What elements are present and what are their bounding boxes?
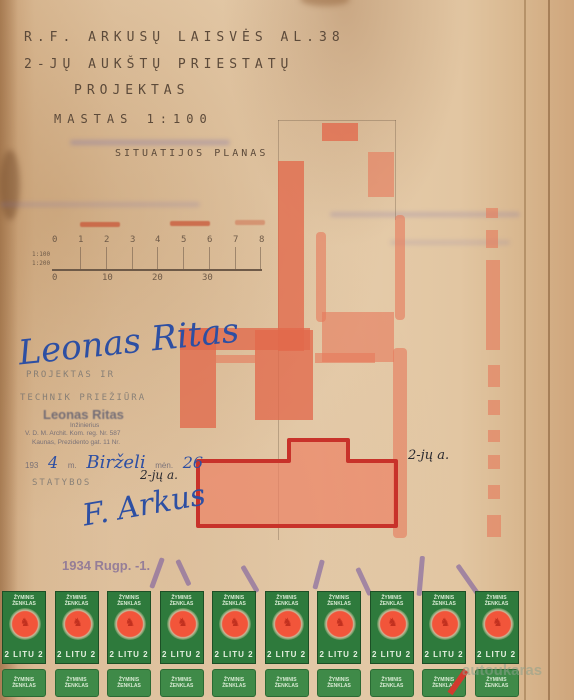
boundary-dash	[487, 515, 501, 537]
stain	[300, 0, 350, 6]
fold-line	[524, 0, 526, 700]
title-line-3: PROJEKTAS	[74, 83, 189, 98]
stamp-lower-label: ŽYMINIS ŽENKLAS	[108, 677, 150, 689]
stamp-upper: ŽYMINIS ŽENKLAS♞2 LITU 2	[475, 591, 519, 664]
scale-side-label: 1:200	[32, 259, 50, 268]
boundary-dash	[488, 455, 500, 469]
stamp-upper: ŽYMINIS ŽENKLAS♞2 LITU 2	[107, 591, 151, 664]
stamp-value: 2 LITU 2	[476, 650, 518, 659]
stamp-lower: ŽYMINIS ŽENKLAS	[370, 669, 414, 697]
new-building-outline	[196, 438, 398, 528]
vytis-emblem-icon: ♞	[114, 608, 146, 640]
stamp-upper: ŽYMINIS ŽENKLAS♞2 LITU 2	[160, 591, 204, 664]
stamp-role: PROJEKTAS IR	[26, 370, 115, 380]
scale-line	[52, 269, 262, 271]
stamp-lower: ŽYMINIS ŽENKLAS	[2, 669, 46, 697]
date-day: 26	[183, 453, 203, 472]
title-line-2: 2-JŲ AUKŠTŲ PRIESTATŲ	[24, 57, 293, 72]
stamp-signer-label: STATYBOS	[32, 478, 91, 488]
stamp-value: 2 LITU 2	[213, 650, 255, 659]
stamp-upper-label: ŽYMINIS ŽENKLAS	[423, 595, 465, 607]
stamp-upper-label: ŽYMINIS ŽENKLAS	[476, 595, 518, 607]
vytis-emblem-icon: ♞	[9, 608, 41, 640]
scale-tick: 5	[181, 235, 186, 245]
date-year: 4	[48, 453, 58, 472]
date-month: Birželi	[86, 452, 145, 473]
stamp-lower: ŽYMINIS ŽENKLAS	[212, 669, 256, 697]
stamp-upper-label: ŽYMINIS ŽENKLAS	[266, 595, 308, 607]
stamp-lower-label: ŽYMINIS ŽENKLAS	[371, 677, 413, 689]
scale-tick: 6	[207, 235, 212, 245]
stamp-upper-label: ŽYMINIS ŽENKLAS	[213, 595, 255, 607]
stamp-upper-label: ŽYMINIS ŽENKLAS	[3, 595, 45, 607]
stamp-value: 2 LITU 2	[161, 650, 203, 659]
revenue-stamps-strip: ŽYMINIS ŽENKLAS♞2 LITU 2ŽYMINIS ŽENKLASŽ…	[0, 591, 520, 700]
drawing-sheet: R.F. ARKUSŲ LAISVĖS AL.38 2-JŲ AUKŠTŲ PR…	[0, 0, 574, 700]
boundary-dash	[486, 260, 500, 350]
scale-tick: 30	[202, 273, 213, 283]
fold-line	[548, 0, 550, 700]
stamp-lower-label: ŽYMINIS ŽENKLAS	[318, 677, 360, 689]
stamp-upper-label: ŽYMINIS ŽENKLAS	[108, 595, 150, 607]
stain	[0, 150, 20, 220]
scale-tick: 8	[259, 235, 264, 245]
title-line-1: R.F. ARKUSŲ LAISVĖS AL.38	[24, 30, 345, 45]
storey-note-left: 2-jų a.	[140, 468, 178, 482]
vytis-emblem-icon: ♞	[272, 608, 304, 640]
boundary-dash	[488, 365, 500, 387]
vytis-emblem-icon: ♞	[429, 608, 461, 640]
watermark: autoukaras	[462, 665, 542, 677]
red-smear	[80, 222, 120, 227]
vytis-emblem-icon: ♞	[219, 608, 251, 640]
stamp-upper: ŽYMINIS ŽENKLAS♞2 LITU 2	[370, 591, 414, 664]
scale-tick: 3	[130, 235, 135, 245]
existing-building	[315, 353, 375, 363]
stamp-value: 2 LITU 2	[266, 650, 308, 659]
stamp-upper: ŽYMINIS ŽENKLAS♞2 LITU 2	[422, 591, 466, 664]
boundary-dash	[488, 485, 500, 499]
stamp-upper: ŽYMINIS ŽENKLAS♞2 LITU 2	[265, 591, 309, 664]
stamp-upper: ŽYMINIS ŽENKLAS♞2 LITU 2	[55, 591, 99, 664]
scale-bar: 0 1 2 3 4 5 6 7 8 0 10 20 30	[52, 235, 262, 285]
stamp-lower-label: ŽYMINIS ŽENKLAS	[266, 677, 308, 689]
scale-side-labels: 1:100 1:200	[32, 250, 50, 268]
approval-date-stamp: 1934 Rugp. -1.	[62, 558, 150, 573]
vytis-emblem-icon: ♞	[324, 608, 356, 640]
scale-tick: 2	[104, 235, 109, 245]
vytis-emblem-icon: ♞	[377, 608, 409, 640]
scale-tick: 20	[152, 273, 163, 283]
stamp-value: 2 LITU 2	[318, 650, 360, 659]
stamp-upper-label: ŽYMINIS ŽENKLAS	[161, 595, 203, 607]
blue-smear	[0, 202, 200, 207]
stamp-value: 2 LITU 2	[3, 650, 45, 659]
stamp-value: 2 LITU 2	[108, 650, 150, 659]
lot-line	[278, 120, 396, 121]
scale-tick: 0	[52, 235, 57, 245]
red-smear	[170, 221, 210, 226]
scale-tick: 4	[155, 235, 160, 245]
existing-building	[322, 123, 358, 141]
stamp-upper: ŽYMINIS ŽENKLAS♞2 LITU 2	[317, 591, 361, 664]
existing-building	[216, 355, 256, 363]
scale-tick: 7	[233, 235, 238, 245]
vytis-emblem-icon: ♞	[482, 608, 514, 640]
vytis-emblem-icon: ♞	[62, 608, 94, 640]
stamp-name: Leonas Ritas	[43, 407, 124, 422]
stamp-lower: ŽYMINIS ŽENKLAS	[265, 669, 309, 697]
stamp-lower-label: ŽYMINIS ŽENKLAS	[56, 677, 98, 689]
plan-label: SITUATIJOS PLANAS	[115, 148, 268, 159]
stamp-address: Kaunas, Prezidento gat. 11 Nr.	[32, 439, 120, 446]
stamp-lower: ŽYMINIS ŽENKLAS	[160, 669, 204, 697]
stamp-lower: ŽYMINIS ŽENKLAS	[55, 669, 99, 697]
boundary-dash	[488, 430, 500, 442]
stamp-lower: ŽYMINIS ŽENKLAS	[317, 669, 361, 697]
stamp-lower: ŽYMINIS ŽENKLAS	[107, 669, 151, 697]
owner-signature: F. Arkus	[80, 477, 208, 533]
stamp-lower-label: ŽYMINIS ŽENKLAS	[3, 677, 45, 689]
boundary-dash	[488, 400, 500, 415]
blue-smear	[70, 140, 230, 145]
existing-building	[278, 161, 304, 351]
stamp-upper: ŽYMINIS ŽENKLAS♞2 LITU 2	[2, 591, 46, 664]
existing-building	[395, 215, 405, 320]
existing-building	[316, 232, 326, 322]
existing-building	[368, 152, 394, 197]
vytis-emblem-icon: ♞	[167, 608, 199, 640]
existing-building	[255, 330, 313, 420]
stamp-value: 2 LITU 2	[56, 650, 98, 659]
stamp-upper-label: ŽYMINIS ŽENKLAS	[371, 595, 413, 607]
scale-side-label: 1:100	[32, 250, 50, 259]
stamp-lower-label: ŽYMINIS ŽENKLAS	[161, 677, 203, 689]
scale-tick: 10	[102, 273, 113, 283]
storey-note: 2-jų a.	[408, 448, 449, 463]
scale-tick: 1	[78, 235, 83, 245]
stamp-role-2: TECHNIK PRIEŽIŪRA	[20, 393, 146, 403]
stamp-lower-label: ŽYMINIS ŽENKLAS	[213, 677, 255, 689]
stamp-upper: ŽYMINIS ŽENKLAS♞2 LITU 2	[212, 591, 256, 664]
scale-tick: 0	[52, 273, 57, 283]
stamp-upper-label: ŽYMINIS ŽENKLAS	[56, 595, 98, 607]
boundary-dash	[486, 208, 498, 218]
stamp-upper-label: ŽYMINIS ŽENKLAS	[318, 595, 360, 607]
date-prefix: 193	[25, 461, 38, 470]
lot-line	[395, 120, 396, 220]
stamp-subtitle: Inžinierius	[70, 422, 99, 429]
scale-title: MASTAS 1:100	[54, 112, 213, 126]
date-mid: m.	[68, 461, 77, 470]
stamp-registration: V. D. M. Archit. Kom. reg. Nr. 587	[25, 430, 121, 437]
red-smear	[235, 220, 265, 225]
stamp-value: 2 LITU 2	[423, 650, 465, 659]
boundary-dash	[486, 230, 498, 248]
stamp-value: 2 LITU 2	[371, 650, 413, 659]
